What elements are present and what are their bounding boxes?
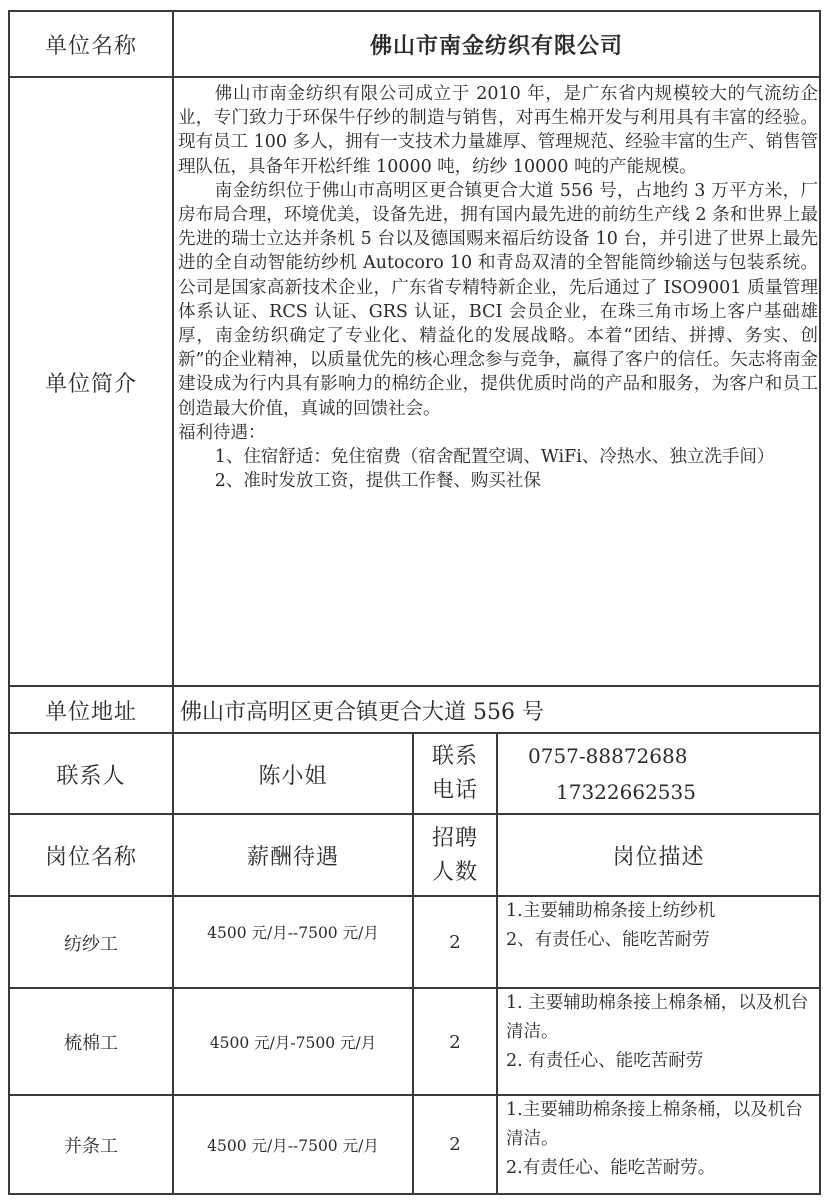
job-description-line: 1. 主要辅助棉条接上棉条桶，以及机台清洁。 [506,989,813,1047]
header-headcount-line1: 招聘 [432,822,478,856]
job-description: 1.主要辅助棉条接上棉条桶，以及机台清洁。 2.有责任心、能吃苦耐劳。 [498,1096,819,1193]
benefits-title: 福利待遇： [178,421,818,445]
phone-number: 0757-88872688 [498,738,687,774]
job-position: 纺纱工 [10,897,172,988]
address-label: 单位地址 [10,687,172,733]
job-headcount: 2 [414,1096,496,1193]
company-intro-label: 单位简介 [10,78,172,686]
job-description-line: 1.主要辅助棉条接上纺纱机 [506,897,715,926]
company-address: 佛山市高明区更合镇更合大道 556 号 [180,687,819,733]
contact-phone-label-line2: 电话 [432,774,478,808]
header-salary: 薪酬待遇 [174,815,412,896]
job-position: 并条工 [10,1096,172,1193]
job-salary: 4500 元/月-7500 元/月 [174,989,412,1095]
company-intro: 佛山市南金纺织有限公司成立于 2010 年，是广东省内规模较大的气流纺企业，专门… [178,82,818,493]
job-description-line: 2. 有责任心、能吃苦耐劳 [506,1047,703,1076]
job-description: 1.主要辅助棉条接上纺纱机 2、有责任心、能吃苦耐劳 [498,897,819,988]
intro-paragraph: 南金纺织位于佛山市高明区更合镇更合大道 556 号，占地约 3 万平方米，厂房布… [178,179,818,421]
header-headcount: 招聘 人数 [414,815,496,896]
benefit-item: 2、准时发放工资，提供工作餐、购买社保 [178,469,818,493]
job-salary: 4500 元/月--7500 元/月 [174,1096,412,1193]
header-description: 岗位描述 [498,815,819,896]
contact-phone-label: 联系 电话 [414,734,496,814]
job-headcount: 2 [414,989,496,1095]
contact-person: 陈小姐 [174,734,412,814]
company-name: 佛山市南金纺织有限公司 [174,12,819,77]
contact-phones: 0757-88872688 17322662535 [498,734,819,814]
company-name-label: 单位名称 [10,12,172,77]
job-salary: 4500 元/月--7500 元/月 [174,897,412,988]
job-description-line: 2、有责任心、能吃苦耐劳 [506,926,710,955]
phone-number: 17322662535 [498,774,696,810]
job-description: 1. 主要辅助棉条接上棉条桶，以及机台清洁。 2. 有责任心、能吃苦耐劳 [498,989,819,1095]
header-headcount-line2: 人数 [432,856,478,890]
job-description-line: 1.主要辅助棉条接上棉条桶，以及机台清洁。 [506,1096,813,1154]
job-position: 梳棉工 [10,989,172,1095]
job-description-line: 2.有责任心、能吃苦耐劳。 [506,1154,715,1183]
contact-person-label: 联系人 [10,734,172,814]
contact-phone-label-line1: 联系 [432,740,478,774]
job-headcount: 2 [414,897,496,988]
header-position: 岗位名称 [10,815,172,896]
intro-paragraph: 佛山市南金纺织有限公司成立于 2010 年，是广东省内规模较大的气流纺企业，专门… [178,82,818,179]
benefit-item: 1、住宿舒适：免住宿费（宿舍配置空调、WiFi、冷热水、独立洗手间） [178,445,818,469]
